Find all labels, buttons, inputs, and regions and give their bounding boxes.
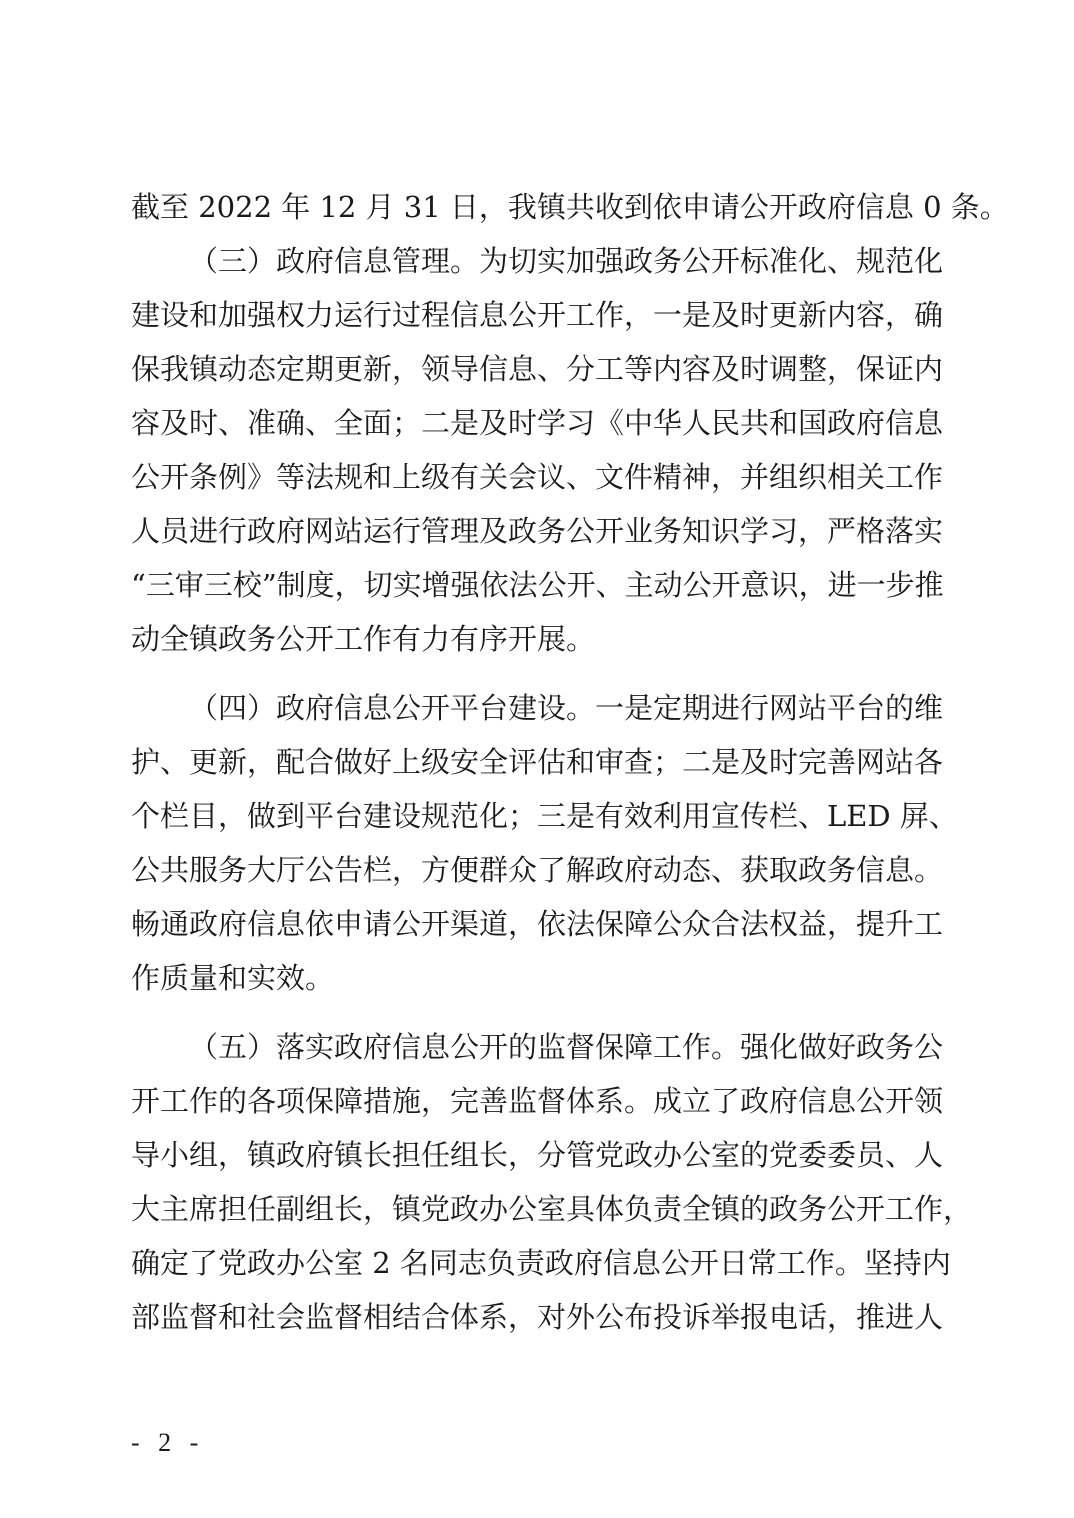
- text-line: 确定了党政办公室 2 名同志负责政府信息公开日常工作。坚持内: [131, 1243, 943, 1283]
- text-line: “三审三校”制度，切实增强依法公开、主动公开意识，进一步推: [131, 565, 943, 605]
- text-line: 人员进行政府网站运行管理及政务公开业务知识学习，严格落实: [131, 511, 943, 551]
- text-line: 开工作的各项保障措施，完善监督体系。成立了政府信息公开领: [131, 1081, 943, 1121]
- text-line: 保我镇动态定期更新，领导信息、分工等内容及时调整，保证内: [131, 349, 943, 389]
- text-line: 部监督和社会监督相结合体系，对外公布投诉举报电话，推进人: [131, 1297, 943, 1337]
- text-line: 公开条例》等法规和上级有关会议、文件精神，并组织相关工作: [131, 457, 943, 497]
- text-line: 护、更新，配合做好上级安全评估和审查；二是及时完善网站各: [131, 742, 943, 782]
- text-line: 导小组，镇政府镇长担任组长，分管党政办公室的党委委员、人: [131, 1135, 943, 1175]
- text-line: 容及时、准确、全面；二是及时学习《中华人民共和国政府信息: [131, 403, 943, 443]
- text-line: 建设和加强权力运行过程信息公开工作，一是及时更新内容，确: [131, 295, 943, 335]
- text-line: 大主席担任副组长，镇党政办公室具体负责全镇的政务公开工作，: [131, 1189, 943, 1229]
- text-line: （三）政府信息管理。为切实加强政务公开标准化、规范化: [189, 241, 943, 281]
- text-line: 动全镇政务公开工作有力有序开展。: [131, 619, 943, 659]
- text-line: 公共服务大厅公告栏，方便群众了解政府动态、获取政务信息。: [131, 850, 943, 890]
- document-page: 截至 2022 年 12 月 31 日，我镇共收到依申请公开政府信息 0 条。（…: [0, 0, 1074, 1518]
- text-line: 个栏目，做到平台建设规范化；三是有效利用宣传栏、LED 屏、: [131, 796, 943, 836]
- page-number: - 2 -: [131, 1428, 204, 1458]
- text-line: （四）政府信息公开平台建设。一是定期进行网站平台的维: [189, 688, 943, 728]
- text-line: 截至 2022 年 12 月 31 日，我镇共收到依申请公开政府信息 0 条。: [131, 187, 943, 227]
- text-line: 作质量和实效。: [131, 958, 943, 998]
- text-line: 畅通政府信息依申请公开渠道，依法保障公众合法权益，提升工: [131, 904, 943, 944]
- text-line: （五）落实政府信息公开的监督保障工作。强化做好政务公: [189, 1027, 943, 1067]
